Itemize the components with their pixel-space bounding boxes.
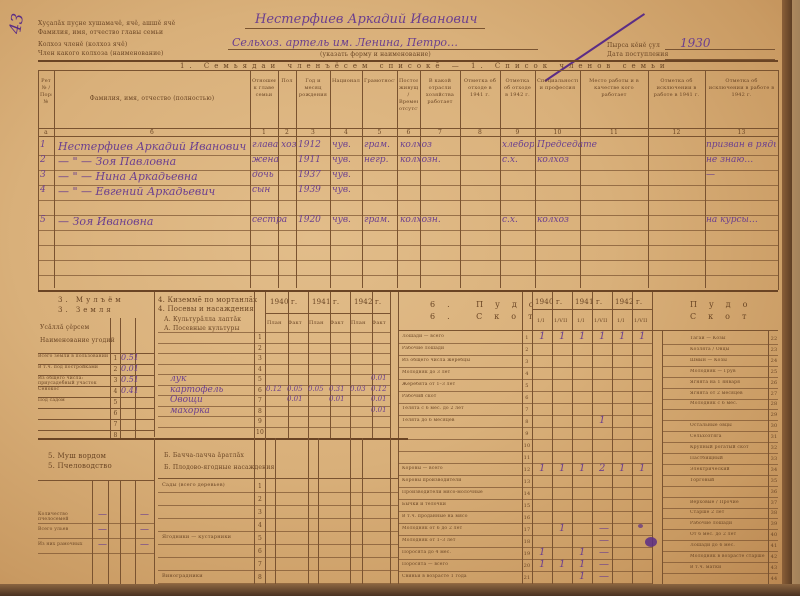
livestock-label: Шмын — Козы: [690, 358, 766, 363]
row-line: [158, 332, 390, 333]
livestock-label: Молодняк с 6 мес.: [690, 401, 766, 406]
member-label-ru: Член какого колхоза (наименование): [38, 50, 164, 57]
bee-value: —: [140, 510, 149, 520]
row-number: 6: [111, 410, 120, 417]
livestock-label: Производители мясо-молочные: [402, 490, 520, 495]
row-number: 23: [768, 347, 780, 353]
divider: [275, 438, 276, 586]
row-line: [38, 200, 778, 201]
livestock-label: Телята до 6 месяцев: [402, 418, 520, 423]
nationality: чув.: [332, 215, 360, 225]
livestock-label: Жеребята от 1–3 лет: [402, 382, 520, 387]
work-sector: колхозн.: [400, 155, 450, 165]
row-line: [662, 355, 778, 356]
page-mark: 43: [5, 12, 27, 35]
row-line: [158, 343, 390, 344]
column-number: 11: [580, 129, 648, 136]
livestock-count: 1: [579, 559, 585, 570]
nationality: чув.: [332, 170, 360, 180]
divider: [265, 313, 390, 314]
livestock-label: Из общего числа жеребцы: [402, 358, 520, 363]
section6-title-chv: 6. Пудо: [430, 300, 546, 309]
jan-header: 1/I: [537, 318, 544, 324]
livestock-label: Остальные овцы: [690, 423, 766, 428]
year-header: 1941 г.: [312, 298, 339, 306]
land-area-value: 0.01: [121, 364, 139, 373]
exclusion-note: —: [706, 170, 776, 180]
bee-value: —: [140, 540, 149, 550]
form-note: (указать форму и наименование): [320, 51, 431, 58]
member-name: — " — Зоя Павловна: [58, 155, 248, 168]
row-number: 1: [255, 483, 265, 490]
livestock-count: —: [599, 523, 609, 534]
column-header-label: Отношение к главе семьи: [252, 78, 276, 126]
row-number: 7: [111, 421, 120, 428]
section4b-sub-chv: Б. Бачча-лачча ӑратлӑх: [164, 452, 244, 459]
binding-strip: [792, 0, 800, 596]
relation: глава хоз.: [252, 140, 296, 150]
divider: [154, 438, 155, 586]
bee-value: —: [140, 525, 149, 535]
row-number: 24: [768, 358, 780, 364]
divider: [92, 480, 93, 586]
year-value: 1930: [680, 36, 711, 50]
relation: жена: [252, 155, 296, 165]
crop-name: махорка: [170, 406, 210, 416]
livestock-label: Бычки и телочки: [402, 502, 520, 507]
bee-value: —: [98, 525, 107, 535]
member-name: — Зоя Ивановна: [58, 215, 248, 228]
divider: [120, 480, 121, 586]
orchard-label: Виноградники: [162, 573, 252, 579]
row-number: 4: [255, 522, 265, 529]
column-number: б: [54, 129, 250, 136]
row-line: [398, 427, 652, 428]
orchard-label: Ягодники — кустарники: [162, 534, 252, 540]
member-name: Нестерфиев Аркадий Иванович: [58, 140, 248, 153]
column-header-label: Грамотность: [364, 78, 395, 126]
jul-header: 1/VII: [634, 318, 647, 324]
jan-header: 1/I: [577, 318, 584, 324]
nationality: чув.: [332, 140, 360, 150]
livestock-count: 2: [599, 463, 605, 474]
livestock-label: Пастбищный: [690, 456, 766, 461]
row-line: [662, 518, 778, 519]
plan-header: План: [309, 320, 324, 326]
birth-year: 1911: [298, 155, 330, 165]
row-number: 15: [522, 503, 532, 509]
column-header-label: В какой отрасли хозяйства работает: [422, 78, 458, 126]
column-divider: [397, 70, 398, 288]
workplace: колхоз: [537, 215, 597, 225]
column-divider: [54, 70, 55, 288]
livestock-label: Электрический: [690, 467, 766, 472]
row-line: [38, 260, 778, 261]
row-line: [398, 511, 652, 512]
crop-area-value: 0.31: [329, 385, 345, 393]
column-header-label: Отметка об отходе в 1942 г.: [502, 78, 533, 126]
row-number: 7: [255, 397, 265, 404]
row-line: [398, 415, 652, 416]
exclusion-note: на курсы…: [706, 215, 776, 225]
livestock-count: 1: [539, 559, 545, 570]
crop-name: лук: [170, 374, 186, 384]
orchard-label: Сады (всего деревьев): [162, 482, 252, 488]
column-number: 3: [296, 129, 330, 136]
row-number: 5: [111, 399, 120, 406]
row-number: 5: [522, 383, 532, 389]
row-line: [662, 508, 778, 509]
crop-name: Овощи: [170, 395, 203, 405]
livestock-count: —: [599, 559, 609, 570]
row-line: [662, 551, 778, 552]
relation: сестра: [252, 215, 296, 225]
row-line: [158, 416, 390, 417]
column-header-label: Место работы и в качестве кого работает: [582, 78, 646, 126]
row-number: 2: [522, 347, 532, 353]
row-line: [662, 409, 778, 410]
nationality: чув.: [332, 155, 360, 165]
row-number: 1: [522, 335, 532, 341]
divider: [135, 480, 136, 586]
row-line: [662, 420, 778, 421]
row-number: 1: [40, 140, 52, 150]
crop-name: картофель: [170, 385, 223, 395]
land-type-label: Всего земли в пользовании: [38, 354, 110, 364]
column-number: 7: [420, 129, 460, 136]
workplace: колхоз: [537, 155, 597, 165]
fact-header: Факт: [288, 320, 302, 326]
livestock-label: Тагаи — Козы: [690, 336, 766, 341]
row-number: 32: [768, 445, 780, 451]
birth-year: 1920: [298, 215, 330, 225]
divider: [532, 309, 652, 310]
row-line: [38, 275, 778, 276]
row-line: [398, 523, 652, 524]
crop-area-value: 0.03: [350, 385, 366, 393]
bee-label: Из них рамочных: [38, 542, 92, 547]
livestock-label: Коровы производители: [402, 478, 520, 483]
section3-col-label-chv: Усӑллӑ ҫӗрсем: [40, 324, 89, 331]
row-number: 25: [768, 369, 780, 375]
section3-title-chv: 3. Мулъём: [58, 296, 124, 304]
row-number: 19: [522, 551, 532, 557]
crop-area-value: 0.01: [371, 374, 387, 382]
livestock-label: Молодняк от 6 до 2 лет: [402, 526, 520, 531]
column-number: 8: [460, 129, 500, 136]
row-number: 5: [40, 215, 52, 225]
divider: [265, 438, 266, 586]
row-line: [158, 557, 398, 558]
divider: [38, 480, 154, 481]
column-divider: [330, 70, 331, 288]
row-line: [398, 451, 652, 452]
section1-title: 1. Семьядаи членъёсем списокӗ — 1. Списо…: [180, 62, 670, 70]
row-number: 11: [522, 455, 532, 461]
crop-area-value: 0.12: [266, 385, 282, 393]
row-number: 8: [255, 574, 265, 581]
column-header-label: Отметка об исключении в работе в 1942 г.: [707, 78, 776, 126]
livestock-label: Сельхозтяга: [690, 434, 766, 439]
livestock-label: Молодняк в возрасте старше 6 мес.: [690, 554, 766, 559]
livestock-label: Рабочие лошади: [690, 521, 766, 526]
livestock-count: 1: [579, 331, 585, 342]
row-number: 6: [255, 387, 265, 394]
exclusion-note: не знаю…: [706, 155, 776, 165]
livestock-label: Свиньи в возрасте 1 года: [402, 574, 520, 579]
livestock-label: Коровы — всего: [402, 466, 520, 471]
row-number: 21: [522, 575, 532, 581]
row-number: 2: [40, 155, 52, 165]
column-number: 12: [648, 129, 705, 136]
livestock-count: 1: [579, 463, 585, 474]
livestock-label: Молодняк до 3 лет: [402, 370, 520, 375]
row-line: [398, 499, 652, 500]
literacy: грам.: [364, 215, 396, 225]
row-line: [158, 353, 390, 354]
crop-area-value: 0.12: [371, 385, 387, 393]
divider: [398, 330, 778, 331]
row-number: 2: [255, 345, 265, 352]
row-line: [662, 486, 778, 487]
section4-title-ru: 4. Посевы и насаждения: [158, 305, 254, 313]
row-line: [158, 492, 398, 493]
household-register-page: 43 Хуҫалӑх пуҫне хушамачӗ, ячӗ, ашшӗ ячӗ…: [0, 0, 782, 596]
row-number: 18: [522, 539, 532, 545]
crop-area-value: 0.05: [308, 385, 324, 393]
crop-area-value: 0.05: [287, 385, 303, 393]
bee-label: Всего ульев: [38, 527, 92, 532]
livestock-count: 1: [559, 559, 565, 570]
column-number: а: [38, 129, 54, 136]
land-area-value: 0.41: [121, 386, 139, 395]
row-number: 1: [111, 355, 120, 362]
column-divider: [500, 70, 501, 288]
birth-year: 1937: [298, 170, 330, 180]
divider: [662, 330, 663, 586]
row-line: [38, 553, 154, 554]
divider: [390, 292, 391, 438]
livestock-label: Верховые / Прочие: [690, 500, 766, 505]
fact-header: Факт: [372, 320, 386, 326]
livestock-label: Лошади — всего: [402, 334, 520, 339]
column-divider: [38, 70, 39, 290]
row-line: [38, 230, 778, 231]
row-number: 43: [768, 565, 780, 571]
row-line: [662, 431, 778, 432]
column-number: 1: [250, 129, 278, 136]
row-line: [398, 487, 652, 488]
row-number: 42: [768, 554, 780, 560]
work-sector: колхоз: [400, 140, 450, 150]
row-number: 7: [522, 407, 532, 413]
column-number: 4: [330, 129, 362, 136]
row-line: [158, 505, 398, 506]
livestock-count: 1: [559, 523, 565, 534]
row-number: 4: [111, 388, 120, 395]
livestock-label: Поросята до 4 мес.: [402, 550, 520, 555]
row-number: 17: [522, 527, 532, 533]
livestock-count: —: [599, 535, 609, 546]
livestock-label: Рабочие лошади: [402, 346, 520, 351]
row-number: 2: [255, 496, 265, 503]
row-number: 44: [768, 576, 780, 582]
livestock-label: Молодняк от 1–3 лет: [402, 538, 520, 543]
head-label-ru: Фамилия, имя, отчество главы семьи: [38, 29, 163, 36]
livestock-count: 1: [579, 571, 585, 582]
column-header-label: Рет № / Порядковый №: [40, 78, 52, 126]
year-header: 1940 г.: [535, 298, 562, 306]
specialty: с.х.: [502, 215, 534, 225]
row-line: [662, 388, 778, 389]
specialty: хлебороб: [502, 140, 534, 150]
row-number: 4: [522, 371, 532, 377]
livestock-label: Молодняк — Грув: [690, 369, 766, 374]
row-line: [662, 475, 778, 476]
relation: сын: [252, 185, 296, 195]
row-number: 1: [255, 334, 265, 341]
row-number: 35: [768, 478, 780, 484]
row-number: 29: [768, 412, 780, 418]
literacy: грам.: [364, 140, 396, 150]
row-number: 8: [522, 419, 532, 425]
section4-title-chv: 4. Киземмӗ по мортанлӑх: [158, 296, 257, 304]
livestock-count: 1: [539, 463, 545, 474]
plan-header: План: [351, 320, 366, 326]
column-divider: [250, 70, 251, 288]
section3-col-label-ru: Наименование угодий: [40, 337, 115, 344]
column-divider: [362, 70, 363, 288]
row-number: 2: [111, 366, 120, 373]
section5-title-ru: 5. Пчеловодство: [48, 462, 112, 470]
livestock-label: Торговый: [690, 478, 766, 483]
divider: [350, 438, 351, 586]
column-divider: [420, 70, 421, 288]
row-number: 4: [255, 366, 265, 373]
bee-label: Количество пчелосемей: [38, 512, 92, 522]
divider: [108, 480, 109, 586]
year-header: 1942 г.: [615, 298, 642, 306]
row-line: [398, 343, 652, 344]
row-number: 10: [522, 443, 532, 449]
row-number: 34: [768, 467, 780, 473]
row-line: [398, 571, 652, 572]
jul-header: 1/VII: [554, 318, 567, 324]
column-divider: [535, 70, 536, 288]
column-header-label: Отметка об исключении в работе в 1941 г.: [650, 78, 703, 126]
row-line: [662, 366, 778, 367]
row-line: [662, 540, 778, 541]
land-type-label: [38, 409, 110, 419]
row-line: [398, 355, 652, 356]
row-line: [38, 538, 154, 539]
year-header: 1942 г.: [354, 298, 381, 306]
row-number: 41: [768, 543, 780, 549]
column-header-label: Отметка об отходе в 1941 г.: [462, 78, 498, 126]
livestock-count: 1: [559, 331, 565, 342]
row-number: 31: [768, 434, 780, 440]
year-label-ru: Дата поступления: [607, 51, 668, 58]
livestock-count: 1: [639, 331, 645, 342]
livestock-count: 1: [599, 415, 605, 426]
crop-area-value: 0.01: [371, 395, 387, 403]
head-label-chv: Хуҫалӑх пуҫне хушамачӗ, ячӗ, ашшӗ ячӗ: [38, 20, 175, 27]
row-line: [662, 377, 778, 378]
column-header-label: Пол: [280, 78, 294, 126]
row-number: 14: [522, 491, 532, 497]
literacy: негр.: [364, 155, 396, 165]
divider: [318, 438, 319, 586]
livestock-label: Поросята — всего: [402, 562, 520, 567]
livestock-label: В т.ч. проданные на мясо: [402, 514, 520, 519]
section6b-title-chv: Пудо: [690, 300, 759, 309]
row-line: [398, 391, 652, 392]
livestock-count: 1: [619, 463, 625, 474]
row-line: [158, 364, 390, 365]
column-number: 13: [705, 129, 778, 136]
row-line: [398, 439, 652, 440]
land-type-label: Из общего числа: приусадебный участок: [38, 376, 110, 386]
row-number: 9: [522, 431, 532, 437]
row-line: [398, 559, 652, 560]
section4-sub-a-chv: А. Культурӑлла лаптӑк: [164, 316, 241, 323]
section3-title-ru: 3. Земля: [58, 306, 114, 314]
jul-header: 1/VII: [594, 318, 607, 324]
livestock-label: Ягнята на 1 января: [690, 380, 766, 385]
row-line: [158, 518, 398, 519]
section6b-title-ru: Скот: [690, 312, 758, 321]
row-number: 3: [255, 509, 265, 516]
crop-area-value: 0.01: [371, 406, 387, 414]
land-area-value: 0.51: [121, 375, 139, 384]
row-number: 36: [768, 489, 780, 495]
row-number: 10: [255, 429, 265, 436]
row-number: 13: [522, 479, 532, 485]
ink-stain: [645, 537, 657, 547]
column-number: 6: [397, 129, 420, 136]
livestock-count: 1: [599, 331, 605, 342]
divider: [362, 438, 363, 586]
row-line: [158, 570, 398, 571]
row-line: [662, 562, 778, 563]
book-bottom-edge: [0, 584, 800, 596]
jan-header: 1/I: [617, 318, 624, 324]
livestock-label: В т.ч. матки: [690, 565, 766, 570]
row-line: [398, 379, 652, 380]
row-line: [662, 497, 778, 498]
row-line: [398, 463, 652, 464]
crop-area-value: 0.01: [287, 395, 303, 403]
section4b-sub-ru: Б. Плодово-ягодные насаждения: [164, 464, 275, 471]
fact-header: Факт: [330, 320, 344, 326]
row-line: [662, 573, 778, 574]
row-number: 3: [255, 355, 265, 362]
workplace: Председатель: [537, 140, 597, 150]
row-line: [662, 442, 778, 443]
plan-header: План: [267, 320, 282, 326]
row-number: 8: [255, 408, 265, 415]
year-header: 1941 г.: [575, 298, 602, 306]
livestock-label: Телята с 6 мес. до 2 лет: [402, 406, 520, 411]
row-number: 38: [768, 510, 780, 516]
row-number: 20: [522, 563, 532, 569]
birth-year: 1939: [298, 185, 330, 195]
divider: [308, 438, 309, 586]
row-number: 3: [111, 377, 120, 384]
nationality: чув.: [332, 185, 360, 195]
row-line: [398, 535, 652, 536]
livestock-count: 1: [639, 463, 645, 474]
